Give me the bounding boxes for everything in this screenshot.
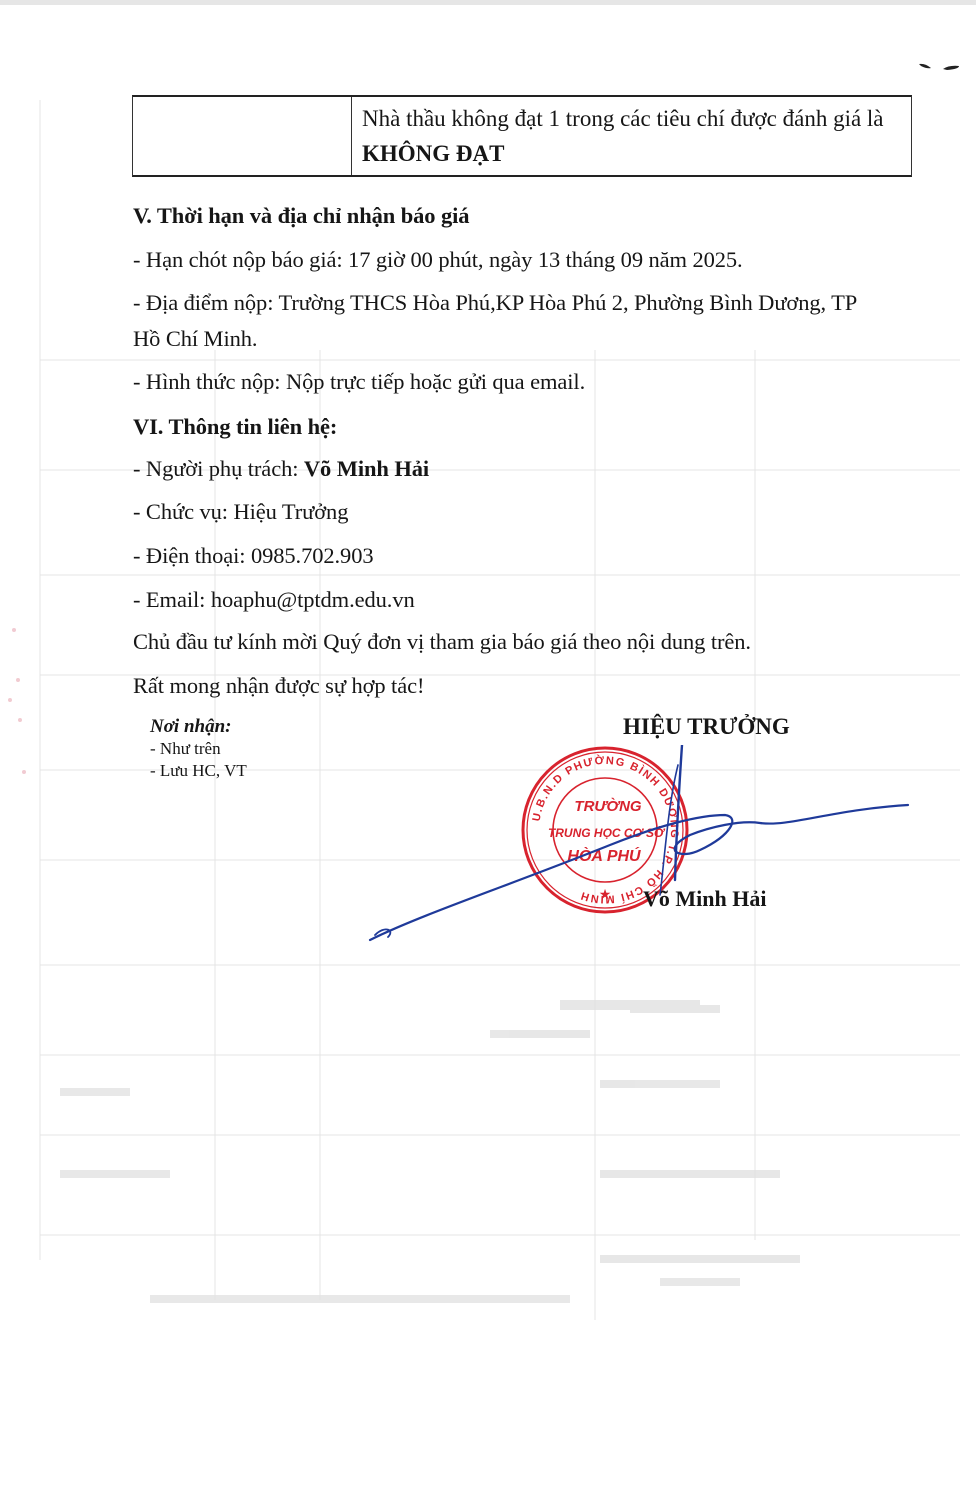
contact-person-label: - Người phụ trách:: [133, 456, 304, 481]
contact-email-line: - Email: hoaphu@tptdm.edu.vn: [133, 587, 415, 613]
deadline-line: - Hạn chót nộp báo giá: 17 giờ 00 phút, …: [133, 247, 743, 273]
criteria-table-right-cell: Nhà thầu không đạt 1 trong các tiêu chí …: [352, 97, 911, 175]
signer-title: HIỆU TRƯỞNG: [623, 714, 790, 740]
contact-position-line: - Chức vụ: Hiệu Trưởng: [133, 499, 348, 525]
section-vi-heading: VI. Thông tin liên hệ:: [133, 414, 337, 440]
handwritten-signature-icon: [360, 745, 920, 945]
location-line-1: - Địa điểm nộp: Trường THCS Hòa Phú,KP H…: [133, 290, 857, 316]
thanks-line: Rất mong nhận được sự hợp tác!: [133, 673, 424, 699]
location-line-2: Hồ Chí Minh.: [133, 326, 257, 352]
contact-person-name: Võ Minh Hải: [304, 456, 429, 481]
section-v-heading: V. Thời hạn và địa chỉ nhận báo giá: [133, 203, 469, 229]
invitation-line: Chủ đầu tư kính mời Quý đơn vị tham gia …: [133, 629, 751, 655]
criteria-text: Nhà thầu không đạt 1 trong các tiêu chí …: [362, 101, 903, 136]
criteria-table: Nhà thầu không đạt 1 trong các tiêu chí …: [132, 95, 912, 177]
recipient-item: - Như trên: [150, 738, 247, 760]
recipient-item: - Lưu HC, VT: [150, 760, 247, 782]
corner-mark-icon: [915, 60, 965, 74]
contact-phone-line: - Điện thoại: 0985.702.903: [133, 543, 374, 569]
viewer-top-edge: [0, 0, 976, 5]
signer-name: Võ Minh Hải: [643, 886, 766, 912]
criteria-table-left-cell: [133, 97, 352, 175]
recipients-title: Nơi nhận:: [150, 716, 247, 738]
recipients-block: Nơi nhận: - Như trên - Lưu HC, VT: [150, 716, 247, 782]
criteria-result: KHÔNG ĐẠT: [362, 136, 903, 171]
submission-method-line: - Hình thức nộp: Nộp trực tiếp hoặc gửi …: [133, 369, 585, 395]
contact-person-line: - Người phụ trách: Võ Minh Hải: [133, 456, 429, 482]
